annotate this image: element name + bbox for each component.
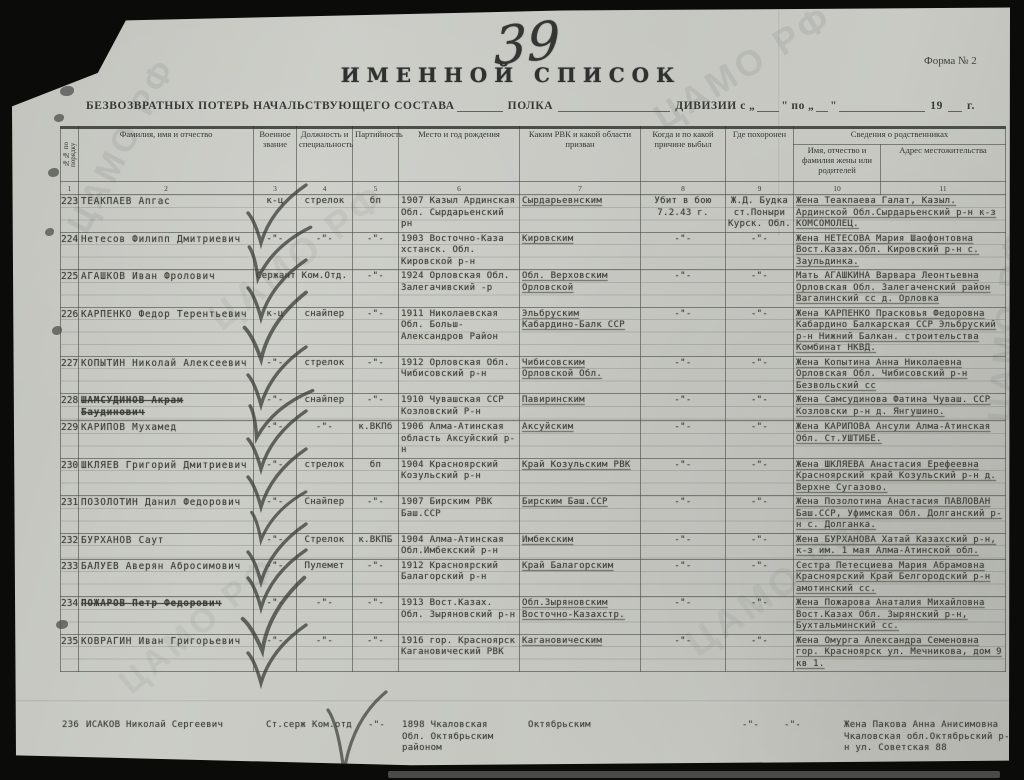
cell-name: БАЛУЕВ Аверян Абросимович bbox=[79, 559, 254, 597]
quote-mark: " bbox=[830, 100, 837, 112]
cell-party: -"- bbox=[353, 270, 399, 308]
header-position: Должность и специальность bbox=[297, 128, 353, 182]
row-number: 228 bbox=[61, 394, 79, 421]
cell-rank: -"- bbox=[254, 533, 297, 559]
cell-casualty-date: -"- bbox=[641, 394, 726, 421]
cell-relatives: Жена КАРПЕНКО Прасковья Федоровна Кабард… bbox=[794, 307, 1006, 356]
header-address: Адрес местожительства bbox=[881, 145, 1006, 182]
cell-draft-office: Октябрьским bbox=[528, 720, 591, 732]
col-number: 1 bbox=[61, 182, 79, 195]
header-num: №№ по порядку bbox=[61, 128, 79, 182]
cell-party: -"- bbox=[353, 559, 399, 597]
cell-position: -"- bbox=[297, 421, 353, 459]
cell-rank: к-ц bbox=[254, 195, 297, 233]
header-rvk: Каким РВК и какой области призван bbox=[520, 128, 641, 182]
cell-relatives: Жена БУРХАНОВА Хатай Казахский р-н, к-з … bbox=[794, 533, 1006, 559]
col-number: 6 bbox=[399, 182, 520, 195]
row-number: 234 bbox=[61, 597, 79, 635]
cell-birthplace: 1907 Бирским РВК Баш.ССР bbox=[399, 496, 520, 534]
cell-relatives: Мать АГАШКИНА Варвара Леонтьевна Орловск… bbox=[794, 270, 1006, 308]
cell-burial-place: -"- bbox=[726, 634, 794, 672]
row-number: 224 bbox=[61, 232, 79, 270]
row-number: 223 bbox=[61, 195, 79, 233]
cell-casualty-date: -"- bbox=[641, 597, 726, 635]
cell-party: бп bbox=[353, 195, 399, 233]
table-row: 226 КАРПЕНКО Федор Терентьевич к-ц снайп… bbox=[61, 307, 1006, 356]
cell-draft-office: Обл. Верховским Орловской bbox=[520, 270, 641, 308]
cell-draft-office: Кировским bbox=[520, 232, 641, 270]
cell-position: стрелок bbox=[297, 458, 353, 496]
blank-line bbox=[558, 98, 670, 112]
casualty-table-body: 223 ТЕАКПАЕВ Апгас к-ц стрелок бп 1907 К… bbox=[61, 195, 1006, 672]
cell-position: стрелок bbox=[297, 356, 353, 394]
col-number: 11 bbox=[881, 182, 1006, 195]
cell-rank: -"- bbox=[254, 634, 297, 672]
quote-mark: „ bbox=[749, 100, 755, 112]
cell-name: БУРХАНОВ Саут bbox=[79, 533, 254, 559]
cell-position: Стрелок bbox=[297, 533, 353, 559]
cell-casualty-date: -"- bbox=[641, 356, 726, 394]
cell-relatives: Жена НЕТЕСОВА Мария Шаофонтовна Вост.Каз… bbox=[794, 232, 1006, 270]
cell-position: снайпер bbox=[297, 394, 353, 421]
table-row: 228 ШАМСУДИНОВ Акрам Баудинович -"- снай… bbox=[61, 394, 1006, 421]
table-header: №№ по порядку Фамилия, имя и отчество Во… bbox=[61, 128, 1006, 195]
table-row: 235 КОВРАГИН Иван Григорьевич -"- -"- -"… bbox=[61, 634, 1006, 672]
cell-casualty-date: -"- bbox=[641, 421, 726, 459]
row-number: 231 bbox=[61, 496, 79, 534]
blank-line bbox=[757, 98, 779, 112]
cell-relatives: Жена ШКЛЯЕВА Анастасия Ерефеевна Красноя… bbox=[794, 458, 1006, 496]
cell-relatives: Жена Позолотина Анастасия ПАВЛОВАН Баш.С… bbox=[794, 496, 1006, 534]
row-number: 233 bbox=[61, 559, 79, 597]
cell-party: -"- bbox=[353, 394, 399, 421]
col-number: 3 bbox=[254, 182, 297, 195]
cell-burial-place: -"- bbox=[726, 356, 794, 394]
cell-rank: -"- bbox=[254, 356, 297, 394]
cell-party: бп bbox=[353, 458, 399, 496]
subtitle-year-suffix: г. bbox=[967, 100, 975, 112]
cell-relatives: Жена Копытина Анна Николаевна Орловская … bbox=[794, 356, 1006, 394]
cell-birthplace: 1912 Красноярский Балагорский р-н bbox=[399, 559, 520, 597]
cell-rank: -"- bbox=[254, 597, 297, 635]
cell-birthplace: 1903 Восточно-Каза хстанск. Обл. Кировск… bbox=[399, 232, 520, 270]
col-number: 2 bbox=[79, 182, 254, 195]
cell-party: -"- bbox=[353, 496, 399, 534]
cell-burial-place: -"- bbox=[726, 307, 794, 356]
cell-party: -"- bbox=[353, 307, 399, 356]
cell-party: к.ВКПБ bbox=[353, 533, 399, 559]
cell-casualty-date: -"- bbox=[641, 232, 726, 270]
row-number: 236 bbox=[62, 720, 79, 732]
cell-birthplace: 1898 Чкаловская Обл. Октябрьским районом bbox=[402, 720, 514, 755]
cell-burial-place: -"- bbox=[726, 559, 794, 597]
header-where: Где похоронен bbox=[726, 128, 794, 182]
cell-position: стрелок bbox=[297, 195, 353, 233]
cell-relatives: Жена Омурга Александра Семеновна гор. Кр… bbox=[794, 634, 1006, 672]
subtitle-divizii: ДИВИЗИИ с bbox=[675, 100, 746, 112]
cell-name: АГАШКОВ Иван Фролович bbox=[79, 270, 254, 308]
cell-rank: -"- bbox=[254, 458, 297, 496]
cell-rank: -"- bbox=[254, 232, 297, 270]
header-family: Имя, отчество и фамилия жены или родител… bbox=[794, 145, 881, 182]
scan-edge-artifact bbox=[388, 771, 1000, 778]
cell-draft-office: Обл.Зыряновским Восточно-Казахстр. bbox=[520, 597, 641, 635]
table-row: 232 БУРХАНОВ Саут -"- Стрелок к.ВКПБ 190… bbox=[61, 533, 1006, 559]
document-page: ЦАМО РФ ЦАМО РФ ЦАМО РФ ЦАМО РФ ЦАМО РФ … bbox=[12, 6, 1010, 766]
cell-birthplace: 1916 гор. Красноярск Кагановический РВК bbox=[399, 634, 520, 672]
subtitle-year: 19 bbox=[930, 100, 943, 112]
subtitle-polka: ПОЛКА bbox=[508, 100, 554, 112]
cell-casualty-date: -"- bbox=[641, 307, 726, 356]
cell-rank: -"- bbox=[254, 559, 297, 597]
cell-casualty-date: -"- bbox=[641, 458, 726, 496]
header-birth: Место и год рождения bbox=[399, 128, 520, 182]
cell-party: -"- bbox=[353, 232, 399, 270]
cell-draft-office: Сырдарьевнским bbox=[520, 195, 641, 233]
subtitle-po: по bbox=[791, 100, 805, 112]
cell-party: -"- bbox=[353, 356, 399, 394]
paper-crease bbox=[12, 700, 1010, 703]
table-row: 224 Нетесов Филипп Дмитриевич -"- -"- -"… bbox=[61, 232, 1006, 270]
cell-burial-place: Ж.Д. Будка ст.Поныри Курск. Обл. bbox=[726, 195, 794, 233]
row-number: 230 bbox=[61, 458, 79, 496]
cell-rank: к-ц bbox=[254, 307, 297, 356]
cell-rank: -"- bbox=[254, 394, 297, 421]
casualty-table: №№ по порядку Фамилия, имя и отчество Во… bbox=[60, 126, 1006, 672]
table-row: 225 АГАШКОВ Иван Фролович Сержант Ком.От… bbox=[61, 270, 1006, 308]
row-number: 225 bbox=[61, 270, 79, 308]
row-number: 227 bbox=[61, 356, 79, 394]
cell-name: ТЕАКПАЕВ Апгас bbox=[79, 195, 254, 233]
table-row: 223 ТЕАКПАЕВ Апгас к-ц стрелок бп 1907 К… bbox=[61, 195, 1006, 233]
cell-relatives: Жена Самсудинова Фатина Чуваш. ССР Козло… bbox=[794, 394, 1006, 421]
row-number: 226 bbox=[61, 307, 79, 356]
col-number: 10 bbox=[794, 182, 881, 195]
cell-casualty-date: -"- bbox=[641, 634, 726, 672]
cell-party: -"- bbox=[353, 597, 399, 635]
cell-birthplace: 1910 Чувашская ССР Козловский Р-н bbox=[399, 394, 520, 421]
cell-party: -"- bbox=[353, 634, 399, 672]
cell-name: ПОЖАРОВ Петр Федорович bbox=[79, 597, 254, 635]
table-row: 231 ПОЗОЛОТИН Данил Федорович -"- Снайпе… bbox=[61, 496, 1006, 534]
col-number: 4 bbox=[297, 182, 353, 195]
cell-casualty-date: Убит в бою 7.2.43 г. bbox=[641, 195, 726, 233]
cell-position: -"- bbox=[297, 634, 353, 672]
cell-birthplace: 1907 Казыл Ардинская Обл. Сырдарьенский … bbox=[399, 195, 520, 233]
cell-burial-place: -"- bbox=[726, 458, 794, 496]
table-row: 233 БАЛУЕВ Аверян Абросимович -"- Пулеме… bbox=[61, 559, 1006, 597]
table-row: 234 ПОЖАРОВ Петр Федорович -"- -"- -"- 1… bbox=[61, 597, 1006, 635]
cell-casualty-date: -"- bbox=[641, 559, 726, 597]
cell-position: снайпер bbox=[297, 307, 353, 356]
cell-casualty-date: -"- bbox=[641, 496, 726, 534]
cell-relatives: Жена Пожарова Анаталия Михайловна Вост.К… bbox=[794, 597, 1006, 635]
cell-position: Ком.Отд. bbox=[297, 270, 353, 308]
col-number: 9 bbox=[726, 182, 794, 195]
cell-burial-place: -"- bbox=[726, 597, 794, 635]
cell-relatives: Жена КАРИПОВА Ансули Алма-Атинская Обл. … bbox=[794, 421, 1006, 459]
header-name: Фамилия, имя и отчество bbox=[79, 128, 254, 182]
cell-draft-office: Чибисовским Орловской Обл. bbox=[520, 356, 641, 394]
cell-position: Снайпер bbox=[297, 496, 353, 534]
cell-name: КОПЫТИН Николай Алексеевич bbox=[79, 356, 254, 394]
cell-name: ШКЛЯЕВ Григорий Дмитриевич bbox=[79, 458, 254, 496]
cell-casualty-date: -"- bbox=[641, 270, 726, 308]
cell-burial-place: -"- bbox=[726, 232, 794, 270]
cell-birthplace: 1904 Красноярский Козульский р-н bbox=[399, 458, 520, 496]
table-row: 229 КАРИПОВ Мухамед -"- -"- к.ВКПб 1906 … bbox=[61, 421, 1006, 459]
cell-draft-office: Эльбруским Кабардино-Балк ССР bbox=[520, 307, 641, 356]
cell-relatives: Жена Пакова Анна Анисимовна Чкаловская о… bbox=[844, 720, 1010, 755]
cell-birthplace: 1911 Николаевская Обл. Больш-Александров… bbox=[399, 307, 520, 356]
col-number: 7 bbox=[520, 182, 641, 195]
cell-birthplace: 1904 Алма-Атинская Обл.Имбекский р-н bbox=[399, 533, 520, 559]
cell-name: ШАМСУДИНОВ Акрам Баудинович bbox=[79, 394, 254, 421]
blank-line bbox=[839, 98, 925, 112]
cell-name: КАРПЕНКО Федор Терентьевич bbox=[79, 307, 254, 356]
cell-draft-office: Бирским Баш.ССР bbox=[520, 496, 641, 534]
cell-relatives: Сестра Петесциева Мария Абрамовна Красно… bbox=[794, 559, 1006, 597]
cell-position: Пулемет bbox=[297, 559, 353, 597]
blank-line bbox=[457, 98, 503, 112]
header-rank: Военное звание bbox=[254, 128, 297, 182]
subtitle-label: БЕЗВОЗВРАТНЫХ ПОТЕРЬ НАЧАЛЬСТВУЮЩЕГО СОС… bbox=[86, 100, 455, 112]
cell-rank: Ст.серж bbox=[266, 720, 306, 732]
column-number-row: 1 2 3 4 5 6 7 8 9 10 11 bbox=[61, 182, 1006, 195]
cell-draft-office: Край Козульским РВК bbox=[520, 458, 641, 496]
blank-line bbox=[948, 98, 962, 112]
paper-damage bbox=[54, 114, 64, 122]
cell-position: -"- bbox=[297, 597, 353, 635]
table-row: 227 КОПЫТИН Николай Алексеевич -"- стрел… bbox=[61, 356, 1006, 394]
cell-name: ПОЗОЛОТИН Данил Федорович bbox=[79, 496, 254, 534]
cell-burial-place: -"- bbox=[726, 496, 794, 534]
col-number: 5 bbox=[353, 182, 399, 195]
cell-relatives: Жена Теакпаева Галат, Казыл. Ардинской О… bbox=[794, 195, 1006, 233]
cell-rank: Сержант bbox=[254, 270, 297, 308]
document-subtitle: БЕЗВОЗВРАТНЫХ ПОТЕРЬ НАЧАЛЬСТВУЮЩЕГО СОС… bbox=[86, 98, 998, 112]
cell-draft-office: Кагановическим bbox=[520, 634, 641, 672]
cell-draft-office: Имбекским bbox=[520, 533, 641, 559]
cell-casualty-date: -"- bbox=[641, 533, 726, 559]
cell-birthplace: 1906 Алма-Атинская область Аксуйский р-н bbox=[399, 421, 520, 459]
cell-burial-place: -"- bbox=[784, 720, 801, 732]
scanned-document: ЦАМО РФ ЦАМО РФ ЦАМО РФ ЦАМО РФ ЦАМО РФ … bbox=[0, 0, 1024, 780]
cell-name: Нетесов Филипп Дмитриевич bbox=[79, 232, 254, 270]
paper-damage bbox=[60, 86, 74, 96]
document-title: ИМЕННОЙ СПИСОК bbox=[12, 63, 1010, 87]
blank-line bbox=[816, 98, 828, 112]
cell-rank: -"- bbox=[254, 496, 297, 534]
cell-rank: -"- bbox=[254, 421, 297, 459]
cell-name: ИСАКОВ Николай Сергеевич bbox=[86, 720, 266, 732]
row-number: 229 bbox=[61, 421, 79, 459]
quote-mark: „ bbox=[808, 100, 814, 112]
header-relatives-group: Сведения о родственниках bbox=[794, 128, 1006, 145]
paper-damage bbox=[45, 228, 54, 236]
cell-casualty-date: -"- bbox=[742, 720, 759, 732]
row-number: 232 bbox=[61, 533, 79, 559]
cell-name: КАРИПОВ Мухамед bbox=[79, 421, 254, 459]
paper-damage bbox=[48, 168, 59, 177]
col-number: 8 bbox=[641, 182, 726, 195]
cell-burial-place: -"- bbox=[726, 533, 794, 559]
cell-birthplace: 1912 Орловская Обл. Чибисовский р-н bbox=[399, 356, 520, 394]
cell-burial-place: -"- bbox=[726, 394, 794, 421]
header-when: Когда и по какой причине выбыл bbox=[641, 128, 726, 182]
cell-birthplace: 1913 Вост.Казах. Обл. Зыряновский р-н bbox=[399, 597, 520, 635]
cell-position: -"- bbox=[297, 232, 353, 270]
cell-draft-office: Край Балагорским bbox=[520, 559, 641, 597]
overflow-row-236: 236 ИСАКОВ Николай Сергеевич Ст.серж Ком… bbox=[12, 712, 1010, 764]
handwritten-check-icon bbox=[308, 690, 398, 780]
cell-burial-place: -"- bbox=[726, 270, 794, 308]
row-number: 235 bbox=[61, 634, 79, 672]
header-party: Партийность bbox=[353, 128, 399, 182]
cell-name: КОВРАГИН Иван Григорьевич bbox=[79, 634, 254, 672]
cell-draft-office: Павиринским bbox=[520, 394, 641, 421]
cell-birthplace: 1924 Орловская Обл. Залегачивский -р bbox=[399, 270, 520, 308]
cell-party: к.ВКПб bbox=[353, 421, 399, 459]
table-row: 230 ШКЛЯЕВ Григорий Дмитриевич -"- стрел… bbox=[61, 458, 1006, 496]
cell-draft-office: Аксуйским bbox=[520, 421, 641, 459]
cell-burial-place: -"- bbox=[726, 421, 794, 459]
quote-mark: " bbox=[781, 100, 788, 112]
